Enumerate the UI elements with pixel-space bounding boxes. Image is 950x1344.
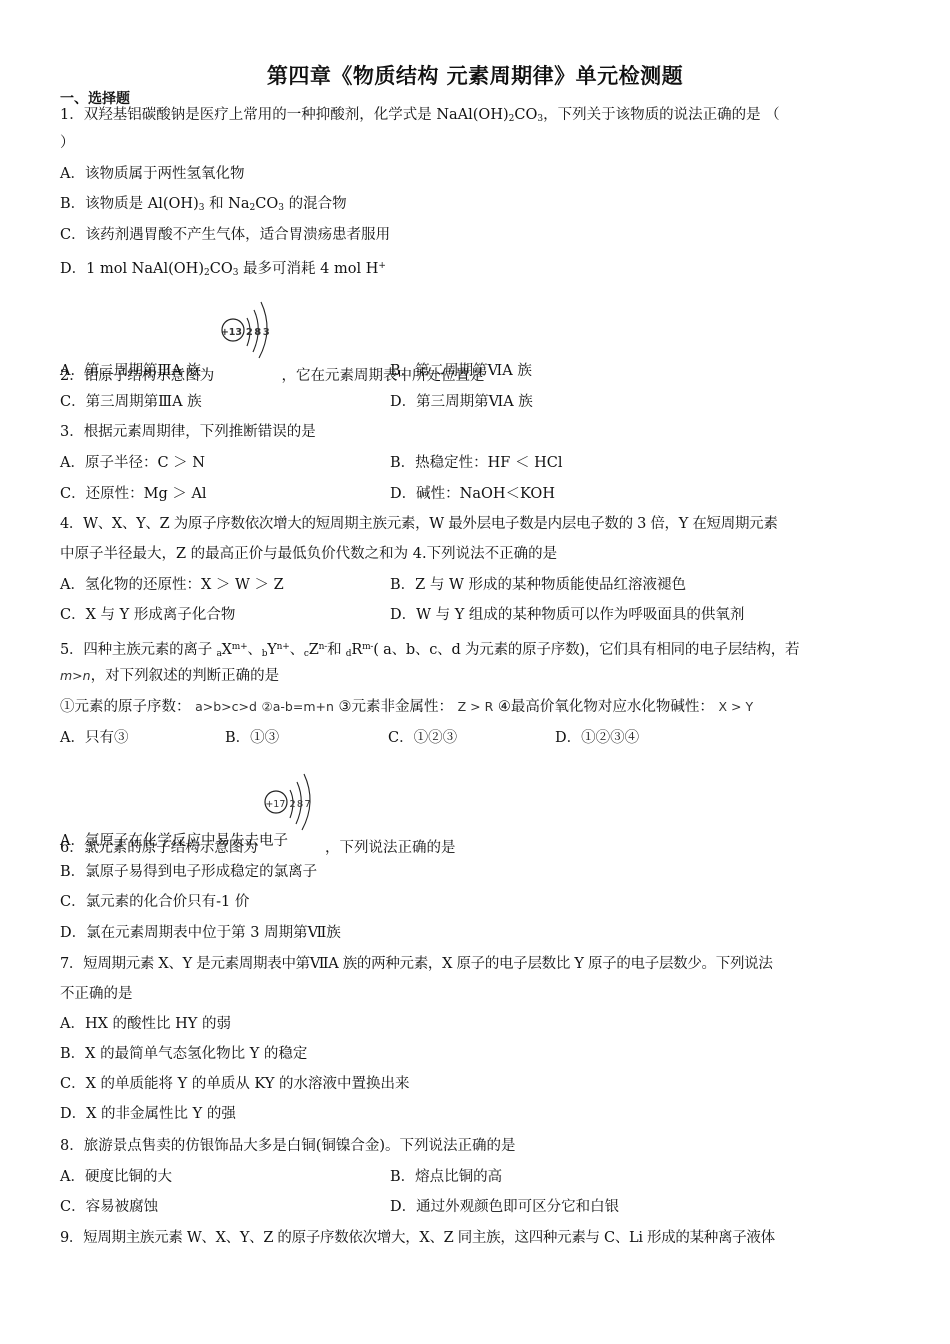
q2-option-a: A．第二周期第ⅢA 族 xyxy=(60,361,201,381)
q5-option-d: D．①②③④ xyxy=(555,728,639,748)
q3-option-b: B．热稳定性：HF ＜ HCl xyxy=(390,453,562,473)
superscript: + xyxy=(378,261,386,271)
question-8-stem: 8．旅游景点售卖的仿银饰品大多是白铜(铜镍合金)。下列说法正确的是 xyxy=(60,1136,516,1156)
text: 5．四种主族元素的离子 xyxy=(60,642,216,658)
electron-shells: 2 8 3 xyxy=(246,323,269,343)
q2-option-d: D．第三周期第ⅥA 族 xyxy=(390,392,533,412)
text: ，对下列叙述的判断正确的是 xyxy=(91,668,280,684)
ion-y: Y xyxy=(267,642,276,658)
text: D．1 mol NaAl(OH) xyxy=(60,261,204,277)
q1-stem-text: 1．双羟基铝碳酸钠是医疗上常用的一种抑酸剂，化学式是 NaAl(OH) xyxy=(60,107,509,123)
q8-option-a: A．硬度比铜的大 xyxy=(60,1167,172,1187)
q2-option-c: C．第三周期第ⅢA 族 xyxy=(60,392,202,412)
question-7-stem-line1: 7．短周期元素 X、Y 是元素周期表中第ⅦA 族的两种元素，X 原子的电子层数比… xyxy=(60,954,773,974)
text: ，下列说法正确的是 xyxy=(325,840,456,856)
q4-option-b: B．Z 与 W 形成的某种物质能使品红溶液褪色 xyxy=(390,575,686,595)
charge: m+ xyxy=(232,642,248,652)
q3-option-c: C．还原性：Mg ＞ Al xyxy=(60,484,207,504)
q4-option-d: D．W 与 Y 组成的某种物质可以作为呼吸面具的供氧剂 xyxy=(390,605,744,625)
q1-option-a: A．该物质属于两性氢氧化物 xyxy=(60,164,244,184)
nucleus-charge: +17 xyxy=(265,795,285,815)
ion-x: X xyxy=(222,642,232,658)
q7-option-d: D．X 的非金属性比 Y 的强 xyxy=(60,1104,236,1124)
statement-4-value: X > Y xyxy=(719,699,754,714)
q4-option-a: A．氢化物的还原性：X ＞ W ＞ Z xyxy=(60,575,284,595)
statement-1-value: a>b>c>d xyxy=(195,699,257,714)
statement-3-label: ③元素非金属性： xyxy=(339,699,454,715)
q5-option-c: C．①②③ xyxy=(388,728,457,748)
q7-option-a: A．HX 的酸性比 HY 的弱 xyxy=(60,1014,231,1034)
text: 的混合物 xyxy=(284,196,347,212)
q5-option-b: B．①③ xyxy=(225,728,279,748)
q3-option-d: D．碱性：NaOH＜KOH xyxy=(390,484,555,504)
q8-option-d: D．通过外观颜色即可区分它和白银 xyxy=(390,1197,619,1217)
statement-3-value: Z > R xyxy=(458,699,494,714)
q5-option-a: A．只有③ xyxy=(60,728,128,748)
text: 、 xyxy=(247,642,261,658)
question-4-stem-line1: 4．W、X、Y、Z 为原子序数依次增大的短周期主族元素，W 最外层电子数是内层电… xyxy=(60,514,778,534)
q8-option-b: B．熔点比铜的高 xyxy=(390,1167,502,1187)
q6-option-a: A．氯原子在化学反应中易失去电子 xyxy=(60,831,288,851)
charge: m- xyxy=(362,642,373,652)
aluminum-atom-diagram: +13 2 8 3 xyxy=(219,330,277,386)
question-5-condition: m>n，对下列叙述的判断正确的是 xyxy=(60,666,279,686)
statement-1-label: ①元素的原子序数： xyxy=(60,699,191,715)
page-title: 第四章《物质结构 元素周期律》单元检测题 xyxy=(0,60,950,90)
q6-option-c: C．氯元素的化合价只有-1 价 xyxy=(60,892,249,912)
text: 、 xyxy=(290,642,304,658)
text: CO xyxy=(255,196,278,212)
q1-option-b: B．该物质是 Al(OH)3 和 Na2CO3 的混合物 xyxy=(60,194,347,218)
question-1-stem-close: ） xyxy=(60,133,75,153)
q7-option-c: C．X 的单质能将 Y 的单质从 KY 的水溶液中置换出来 xyxy=(60,1074,410,1094)
q3-option-a: A．原子半径：C ＞ N xyxy=(60,453,205,473)
document-page: 第四章《物质结构 元素周期律》单元检测题 一、选择题 1．双羟基铝碳酸钠是医疗上… xyxy=(0,0,950,1344)
q2-option-b: B．第二周期第ⅥA 族 xyxy=(390,361,532,381)
question-5-stem: 5．四种主族元素的离子 aXm+、bYn+、cZn-和 dRm-( a、b、c、… xyxy=(60,637,799,664)
text: 和 Na xyxy=(204,196,249,212)
q7-option-b: B．X 的最简单气态氢化物比 Y 的稳定 xyxy=(60,1044,307,1064)
text: ( a、b、c、d 为元素的原子序数)，它们具有相同的电子层结构，若 xyxy=(373,642,799,658)
condition-formula: m>n xyxy=(60,668,91,683)
question-9-stem-line1: 9．短周期主族元素 W、X、Y、Z 的原子序数依次增大，X、Z 同主族，这四种元… xyxy=(60,1228,775,1248)
q1-option-d: D．1 mol NaAl(OH)2CO3 最多可消耗 4 mol H+ xyxy=(60,256,386,283)
nucleus-charge: +13 xyxy=(221,323,242,343)
question-7-stem-line2: 不正确的是 xyxy=(60,984,133,1004)
text: 最多可消耗 4 mol H xyxy=(238,261,378,277)
electron-shells: 2 8 7 xyxy=(289,795,309,815)
ion-r: R xyxy=(351,642,362,658)
statement-2: ②a-b=m+n xyxy=(262,699,334,714)
q6-option-b: B．氯原子易得到电子形成稳定的氯离子 xyxy=(60,862,317,882)
text: CO xyxy=(210,261,233,277)
q1-option-c: C．该药剂遇胃酸不产生气体，适合胃溃疡患者服用 xyxy=(60,225,390,245)
question-4-stem-line2: 中原子半径最大，Z 的最高正价与最低负价代数之和为 4.下列说法不正确的是 xyxy=(60,544,557,564)
q8-option-c: C．容易被腐蚀 xyxy=(60,1197,158,1217)
question-5-statements: ①元素的原子序数： a>b>c>d ②a-b=m+n ③元素非金属性： Z > … xyxy=(60,697,753,717)
q4-option-c: C．X 与 Y 形成离子化合物 xyxy=(60,605,235,625)
charge: n- xyxy=(319,642,327,652)
q1-stem-text: CO xyxy=(514,107,537,123)
text: B．该物质是 Al(OH) xyxy=(60,196,199,212)
q6-option-d: D．氯在元素周期表中位于第 3 周期第Ⅶ族 xyxy=(60,923,341,943)
text: 和 xyxy=(327,642,346,658)
question-3-stem: 3．根据元素周期律，下列推断错误的是 xyxy=(60,422,316,442)
statement-4-label: ④最高价氧化物对应水化物碱性： xyxy=(498,699,714,715)
question-1-stem: 1．双羟基铝碳酸钠是医疗上常用的一种抑酸剂，化学式是 NaAl(OH)2CO3，… xyxy=(60,105,780,129)
charge: n+ xyxy=(277,642,290,652)
q1-stem-text: ，下列关于该物质的说法正确的是 （ xyxy=(543,107,780,123)
ion-z: Z xyxy=(309,642,319,658)
